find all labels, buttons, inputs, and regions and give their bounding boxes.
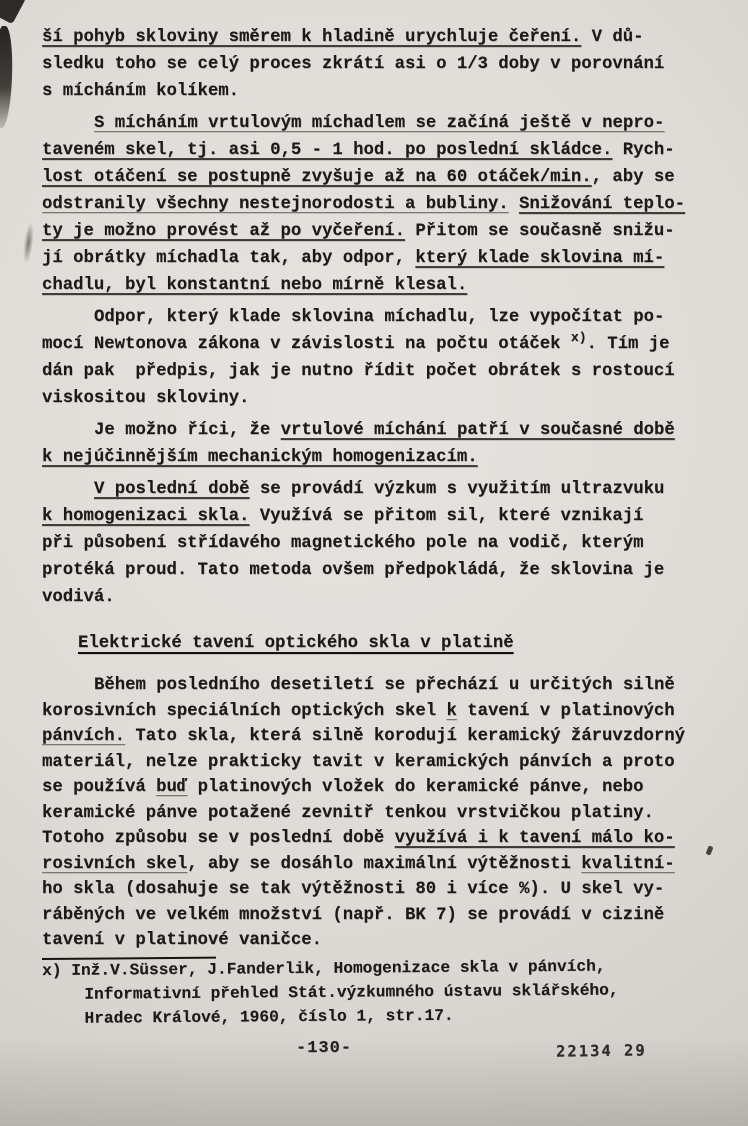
text-line: ráběných ve velkém množství (např. BK 7)… (42, 903, 718, 929)
text-segment: , aby se dosáhlo maximální výtěžnosti (187, 855, 581, 874)
text-line: S mícháním vrtulovým míchadlem se začíná… (42, 110, 718, 137)
text-line: Hradec Králové, 1960, číslo 1, str.17. (42, 1001, 718, 1030)
underlined-text: Snižování teplo- (519, 195, 685, 214)
text-line: Informativní přehled Stát.výzkumného úst… (42, 977, 718, 1006)
text-line: chadlu, byl konstantní nebo mírně klesal… (42, 272, 718, 299)
text-line: korosivních speciálních optických skel k… (42, 699, 718, 725)
underlined-text: pánvích. (42, 727, 125, 746)
underlined-text: buď (156, 778, 187, 797)
underlined-text: k nejúčinnějším mechanickým homogenizací… (42, 448, 478, 467)
text-segment: x) (571, 330, 587, 345)
text-line: materiál, nelze prakticky tavit v kerami… (42, 750, 718, 776)
text-segment: keramické pánve potažené zevnitř tenkou … (42, 804, 654, 823)
paragraph-propeller-stirring: S mícháním vrtulovým míchadlem se začíná… (42, 110, 718, 299)
text-line: Odpor, který klade sklovina míchadlu, lz… (42, 304, 718, 331)
underlined-text: odstranily všechny nestejnorodosti a bub… (42, 195, 509, 214)
text-segment: V dů- (581, 28, 643, 47)
document-body: ší pohyb skloviny směrem k hladině urych… (0, 0, 748, 1031)
archive-stamp: 22134 29 (556, 1041, 647, 1060)
underlined-text: k (446, 702, 456, 721)
text-segment: protéká proud. Tato metoda ovšem předpok… (42, 561, 664, 580)
text-line: protéká proud. Tato metoda ovšem předpok… (42, 557, 718, 584)
text-segment: Hradec Králové, 1960, číslo 1, str.17. (84, 1006, 453, 1027)
text-segment: Totoho způsobu se v poslední době (42, 829, 395, 848)
underlined-text: lost otáčení se postupně zvyšuje až na 6… (42, 168, 592, 187)
paragraph-fining: ší pohyb skloviny směrem k hladině urych… (42, 24, 718, 105)
text-segment: Rych- (612, 141, 674, 160)
text-segment: materiál, nelze prakticky tavit v kerami… (42, 753, 675, 772)
text-line: pánvích. Tato skla, která silně korodují… (42, 724, 718, 750)
text-segment: ho skla (dosahuje se tak výtěžnosti 80 i… (42, 880, 664, 899)
underlined-text: k homogenizaci skla. (42, 507, 249, 526)
text-line: rosivních skel, aby se dosáhlo maximální… (42, 852, 718, 878)
text-line: Během posledního desetiletí se přechází … (42, 673, 718, 699)
text-segment: při působení střídavého magnetického pol… (42, 534, 644, 553)
text-segment: se provádí výzkum s využitím ultrazvuku (250, 480, 665, 499)
text-line: vodivá. (42, 584, 718, 611)
text-segment: korosivních speciálních optických skel (42, 702, 446, 721)
text-segment: Během posledního desetiletí se přechází … (94, 676, 675, 695)
footnote-reference: x) Inž.V.Süsser, J.Fanderlik, Homogeniza… (42, 953, 719, 1030)
text-line: ší pohyb skloviny směrem k hladině urych… (42, 24, 718, 51)
underlined-text: V poslední době (94, 480, 250, 499)
text-segment (509, 195, 519, 214)
text-segment: Využívá se přitom sil, které vznikají (249, 507, 643, 526)
text-line: při působení střídavého magnetického pol… (42, 530, 718, 557)
text-segment: Přitom se současně snižu- (405, 222, 675, 241)
text-segment: jí obrátky míchadla tak, aby odpor, (42, 249, 415, 268)
text-segment: Je možno říci, že (94, 421, 281, 440)
paragraph-conclusion-stirring: Je možno říci, že vrtulové míchání patří… (42, 417, 718, 471)
text-line: ty je možno provést až po vyčeření. Přit… (42, 218, 718, 245)
underlined-text: vrtulové míchání patří v současné době (281, 421, 675, 440)
text-segment: . Tím je (587, 335, 670, 354)
text-line: ho skla (dosahuje se tak výtěžnosti 80 i… (42, 877, 718, 903)
text-line: k nejúčinnějším mechanickým homogenizací… (42, 444, 718, 471)
text-segment: dán pak předpis, jak je nutno řídit poče… (42, 362, 675, 381)
text-line: tavení v platinové vaničce. (42, 928, 718, 954)
text-line: V poslední době se provádí výzkum s využ… (42, 476, 718, 503)
text-segment: Informativní přehled Stát.výzkumného úst… (84, 981, 618, 1003)
text-segment: x) Inž.V.Süsser, J.Fanderlik, Homogeniza… (42, 957, 606, 979)
underlined-text: ší pohyb skloviny směrem k hladině urych… (42, 28, 581, 47)
text-line: keramické pánve potažené zevnitř tenkou … (42, 801, 718, 827)
text-segment: , aby se (592, 168, 675, 187)
text-segment: se používá (42, 778, 156, 797)
text-segment: tavení v platinových (457, 702, 675, 721)
text-line: Elektrické tavení optického skla v plati… (78, 630, 718, 657)
text-line: sledku toho se celý proces zkrátí asi o … (42, 51, 718, 78)
underlined-text: který klade sklovina mí- (415, 249, 664, 268)
page-number: -130- (296, 1039, 352, 1058)
scanned-page: ší pohyb skloviny směrem k hladině urych… (0, 0, 748, 1126)
underlined-text: rosivních skel (42, 855, 187, 874)
underlined-text: využívá i k tavení málo ko- (395, 829, 675, 848)
paragraph-ultrasound: V poslední době se provádí výzkum s využ… (42, 476, 718, 611)
text-line: odstranily všechny nestejnorodosti a bub… (42, 191, 718, 218)
text-segment: Tato skla, která silně korodují keramick… (125, 727, 685, 746)
text-line: lost otáčení se postupně zvyšuje až na 6… (42, 164, 718, 191)
text-line: mocí Newtonova zákona v závislosti na po… (42, 331, 718, 358)
paragraph-platinum-melting: Během posledního desetiletí se přechází … (42, 673, 718, 954)
text-line: s mícháním kolíkem. (42, 78, 718, 105)
paragraph-newton-law: Odpor, který klade sklovina míchadlu, lz… (42, 304, 718, 412)
text-line: se používá buď platinových vložek do ker… (42, 775, 718, 801)
underlined-text: S mícháním vrtulovým míchadlem se začíná… (94, 114, 664, 133)
text-line: dán pak předpis, jak je nutno řídit poče… (42, 358, 718, 385)
text-line: Totoho způsobu se v poslední době využív… (42, 826, 718, 852)
underlined-text: kvalitní- (581, 855, 674, 874)
text-line: jí obrátky míchadla tak, aby odpor, kter… (42, 245, 718, 272)
underlined-text: taveném skel, tj. asi 0,5 - 1 hod. po po… (42, 141, 612, 160)
text-segment: tavení v platinové vaničce. (42, 931, 322, 950)
text-line: k homogenizaci skla. Využívá se přitom s… (42, 503, 718, 530)
text-segment: vodivá. (42, 588, 115, 607)
text-segment: ráběných ve velkém množství (např. BK 7)… (42, 906, 664, 925)
text-line: Je možno říci, že vrtulové míchání patří… (42, 417, 718, 444)
text-segment: Elektrické tavení optického skla v plati… (78, 634, 514, 653)
text-segment: sledku toho se celý proces zkrátí asi o … (42, 55, 664, 74)
text-line: taveném skel, tj. asi 0,5 - 1 hod. po po… (42, 137, 718, 164)
underlined-text: ty je možno provést až po vyčeření. (42, 222, 405, 241)
text-segment: mocí Newtonova zákona v závislosti na po… (42, 335, 571, 354)
text-segment: viskositou skloviny. (42, 389, 249, 408)
text-segment: s mícháním kolíkem. (42, 82, 239, 101)
text-segment: Odpor, který klade sklovina míchadlu, lz… (94, 308, 664, 327)
section-heading: Elektrické tavení optického skla v plati… (78, 630, 718, 657)
text-line: viskositou skloviny. (42, 385, 718, 412)
text-segment: platinových vložek do keramické pánve, n… (187, 778, 643, 797)
underlined-text: chadlu, byl konstantní nebo mírně klesal… (42, 276, 467, 295)
page-footer: -130- 22134 29 (0, 1039, 748, 1065)
